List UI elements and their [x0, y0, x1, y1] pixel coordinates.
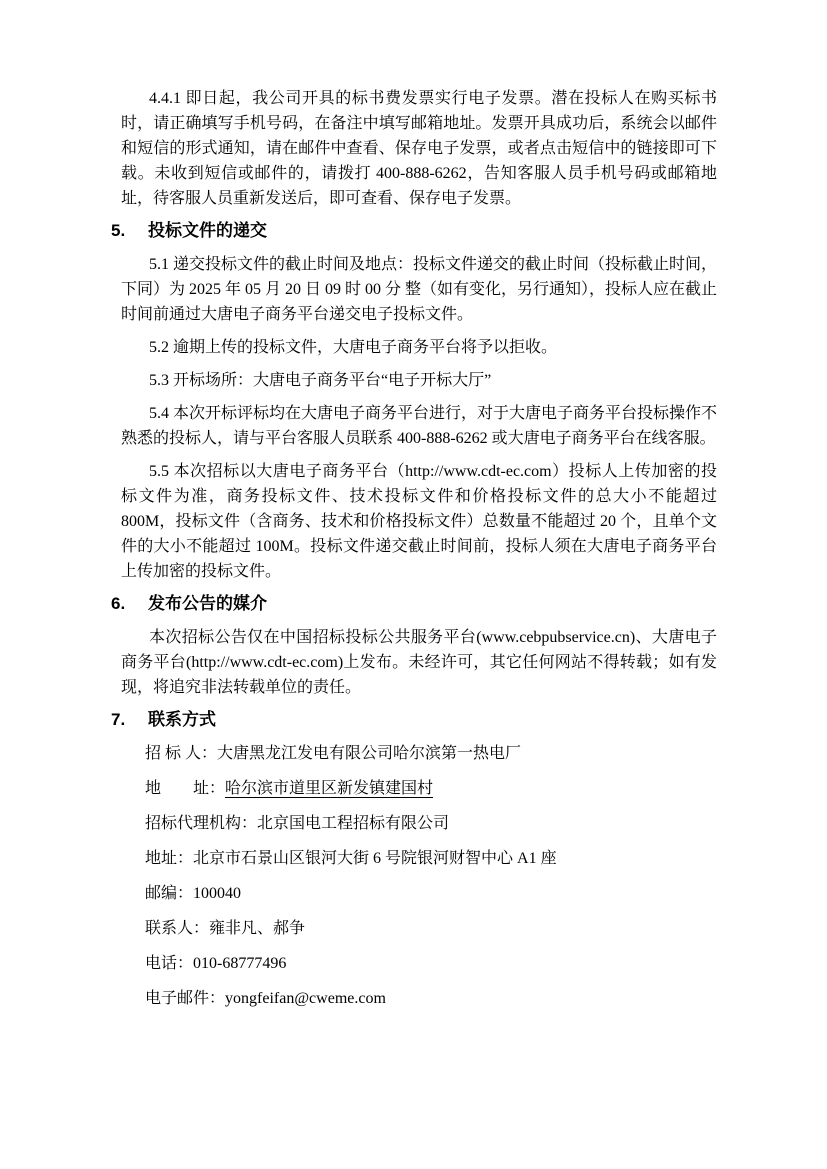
- contact-value-agency-address: 北京市石景山区银河大街 6 号院银河财智中心 A1 座: [193, 850, 557, 867]
- section-6-number: 6.: [111, 592, 148, 615]
- contact-value-tenderer: 大唐黑龙江发电有限公司哈尔滨第一热电厂: [217, 745, 521, 762]
- section-7-heading: 7.联系方式: [111, 708, 717, 731]
- contact-value-postcode: 100040: [193, 885, 241, 902]
- contact-row-email: 电子邮件：yongfeifan@cweme.com: [145, 986, 717, 1011]
- contact-row-tenderer-address: 地 址：哈尔滨市道里区新发镇建国村: [145, 776, 717, 801]
- section-7-title: 联系方式: [148, 710, 216, 729]
- paragraph-6-body: 本次招标公告仅在中国招标投标公共服务平台(www.cebpubservice.c…: [121, 625, 717, 700]
- contact-label-email: 电子邮件：: [145, 990, 225, 1007]
- contact-value-agency: 北京国电工程招标有限公司: [257, 815, 449, 832]
- contact-value-email: yongfeifan@cweme.com: [225, 990, 386, 1007]
- section-5-title: 投标文件的递交: [148, 221, 267, 240]
- contact-label-tenderer-address: 地 址：: [145, 780, 225, 797]
- section-5-heading: 5.投标文件的递交: [111, 219, 717, 242]
- paragraph-5-2: 5.2 逾期上传的投标文件，大唐电子商务平台将予以拒收。: [121, 335, 717, 360]
- paragraph-5-5: 5.5 本次招标以大唐电子商务平台（http://www.cdt-ec.com）…: [121, 459, 717, 584]
- contact-value-contact-person: 雍非凡、郝争: [209, 920, 305, 937]
- contact-value-tenderer-address: 哈尔滨市道里区新发镇建国村: [225, 780, 433, 797]
- contact-label-contact-person: 联系人：: [145, 920, 209, 937]
- contact-row-contact-person: 联系人：雍非凡、郝争: [145, 916, 717, 941]
- contact-row-agency: 招标代理机构：北京国电工程招标有限公司: [145, 811, 717, 836]
- tender-notice-page: 4.4.1 即日起，我公司开具的标书费发票实行电子发票。潜在投标人在购买标书时，…: [0, 0, 827, 1169]
- paragraph-5-3: 5.3 开标场所：大唐电子商务平台“电子开标大厅”: [121, 368, 717, 393]
- section-6-title: 发布公告的媒介: [148, 594, 267, 613]
- contact-row-postcode: 邮编：100040: [145, 881, 717, 906]
- section-7-number: 7.: [111, 708, 148, 731]
- contact-row-agency-address: 地址：北京市石景山区银河大街 6 号院银河财智中心 A1 座: [145, 846, 717, 871]
- paragraph-4-4-1: 4.4.1 即日起，我公司开具的标书费发票实行电子发票。潜在投标人在购买标书时，…: [121, 86, 717, 211]
- contact-row-tenderer: 招 标 人：大唐黑龙江发电有限公司哈尔滨第一热电厂: [145, 741, 717, 766]
- section-5-number: 5.: [111, 219, 148, 242]
- contact-label-postcode: 邮编：: [145, 885, 193, 902]
- contact-label-phone: 电话：: [145, 955, 193, 972]
- contact-label-agency: 招标代理机构：: [145, 815, 257, 832]
- paragraph-5-1: 5.1 递交投标文件的截止时间及地点：投标文件递交的截止时间（投标截止时间，下同…: [121, 252, 717, 327]
- contact-row-phone: 电话：010-68777496: [145, 951, 717, 976]
- contact-label-tenderer: 招 标 人：: [145, 745, 217, 762]
- paragraph-5-4: 5.4 本次开标评标均在大唐电子商务平台进行，对于大唐电子商务平台投标操作不熟悉…: [121, 401, 717, 451]
- contact-label-agency-address: 地址：: [145, 850, 193, 867]
- contact-value-phone: 010-68777496: [193, 955, 286, 972]
- section-6-heading: 6.发布公告的媒介: [111, 592, 717, 615]
